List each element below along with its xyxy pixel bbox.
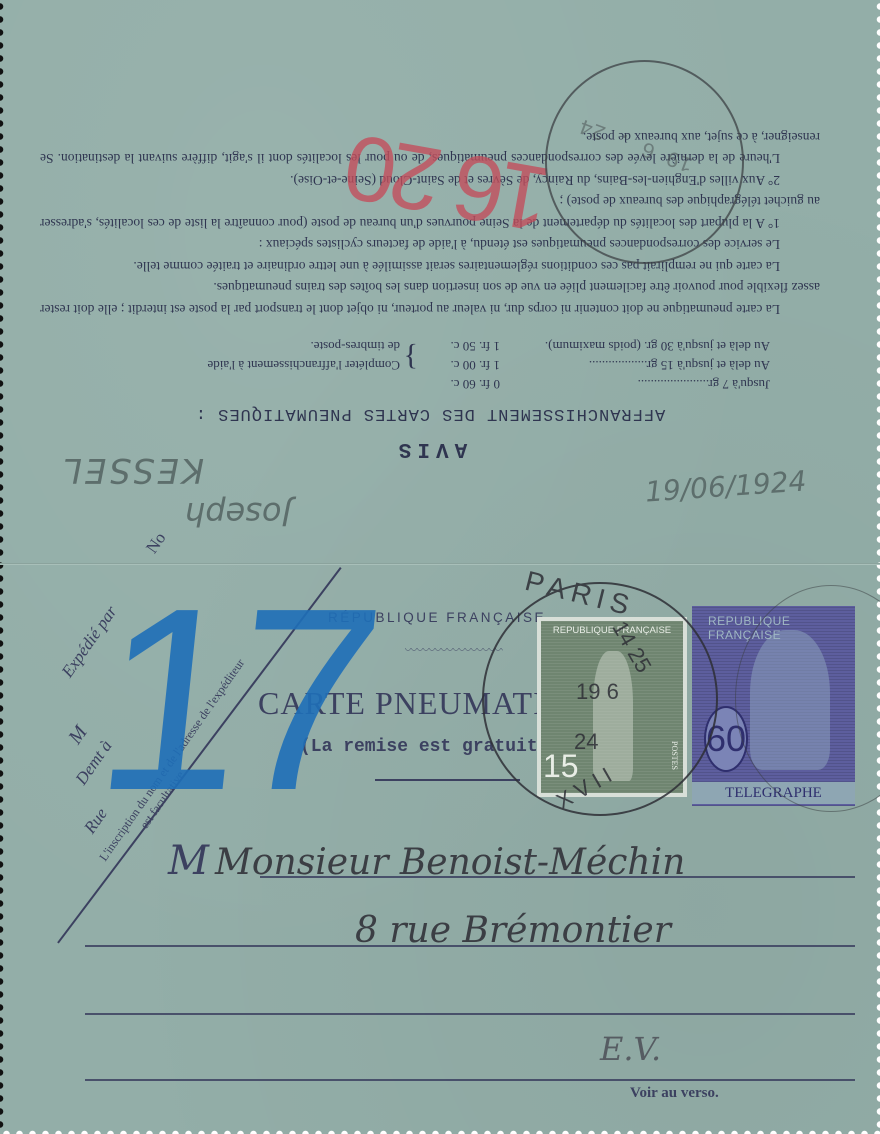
address-line-name: Monsieur Benoist-Méchin — [215, 842, 685, 883]
address-line-street: 8 rue Brémontier — [355, 910, 671, 951]
wavy-rule — [405, 648, 503, 654]
pencil-name-kessel: KESSEL — [60, 450, 204, 490]
rate-table: Jusqu'à 7 gr...................... 0 fr.… — [40, 334, 770, 394]
addressee-prefix: M — [168, 838, 209, 884]
address-line-ev: E.V. — [600, 1030, 661, 1068]
see-verso-label: Voir au verso. — [630, 1085, 719, 1102]
postmark-upper-text: 19 6 . 24 — [576, 112, 696, 176]
rate-row: Jusqu'à 7 gr...................... 0 fr.… — [40, 375, 770, 394]
pencil-date: 19/06/1924 — [644, 464, 807, 508]
left-perforation — [0, 0, 7, 1134]
address-rule-4 — [85, 1079, 855, 1081]
notice-heading: AFFRANCHISSEMENT DES CARTES PNEUMATIQUES… — [40, 404, 820, 423]
postmark-paris: PARIS 14 25 19 6 24 XVII — [482, 582, 718, 816]
postmark-upper: 19 6 . 24 — [545, 60, 744, 264]
bottom-perforation — [0, 1127, 880, 1134]
postmark-line: 19 6 — [576, 679, 619, 705]
brace-icon: } — [404, 337, 418, 377]
blue-crayon-number: 17 — [86, 570, 383, 830]
m-label: M — [64, 722, 92, 749]
address-rule-3 — [85, 1013, 855, 1015]
pencil-name-joseph: Joseph — [185, 495, 291, 533]
postmark-line: 14 25 — [607, 617, 657, 678]
rate-note: Compléter l'affranchissement à l'aide de… — [200, 337, 400, 375]
title-rule — [375, 779, 520, 781]
notice-paragraph: La carte pneumatique ne doit contenir ni… — [40, 277, 820, 320]
postmark-line: XVII — [552, 759, 622, 814]
postmark-city: PARIS — [522, 565, 638, 623]
pneumatic-card: AVIS AFFRANCHISSEMENT DES CARTES PNEUMAT… — [0, 0, 880, 1134]
right-perforation — [874, 0, 880, 1134]
notice-paragraph: La carte qui ne remplirait pas ces condi… — [40, 256, 820, 278]
no-label: No — [142, 529, 170, 557]
postmark-line: 24 — [574, 729, 598, 755]
